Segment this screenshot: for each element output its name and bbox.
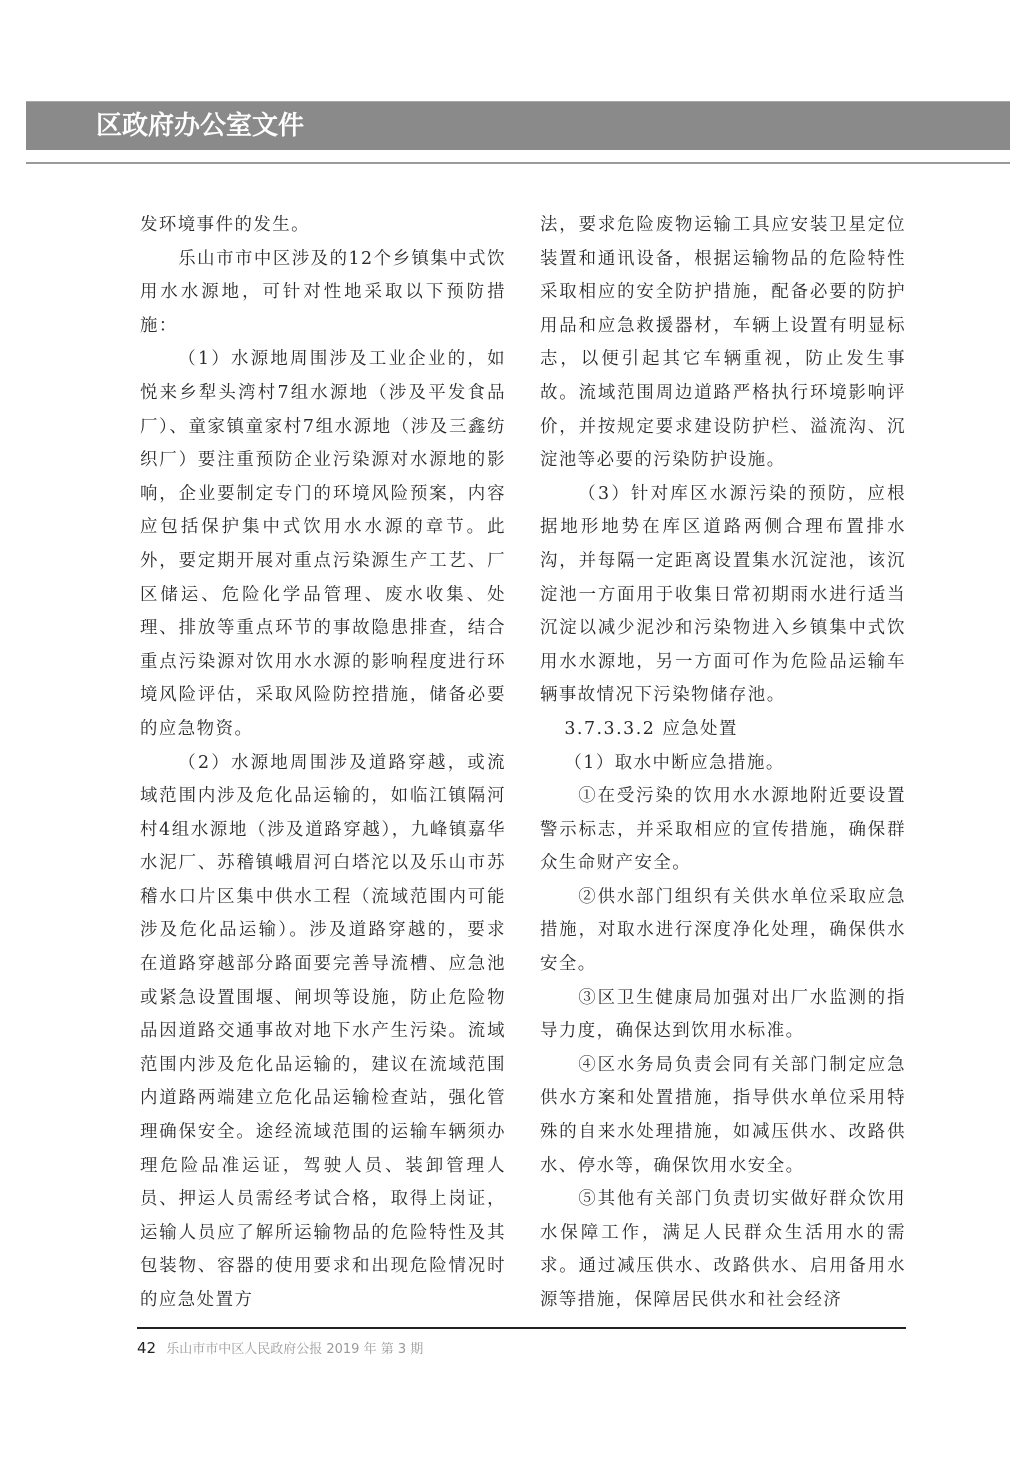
paragraph: ⑤其他有关部门负责切实做好群众饮用水保障工作，满足人民群众生活用水的需求。通过减… <box>540 1183 906 1317</box>
paragraph: 乐山市市中区涉及的12个乡镇集中式饮用水水源地，可针对性地采取以下预防措施： <box>140 243 506 344</box>
paragraph: （2）水源地周围涉及道路穿越，或流域范围内涉及危化品运输的，如临江镇隔河村4组水… <box>140 747 506 1318</box>
header-band: 区政府办公室文件 <box>26 101 1010 150</box>
footer-divider <box>137 1327 906 1329</box>
publication-info: 乐山市市中区人民政府公报 2019 年 第 3 期 <box>166 1342 423 1357</box>
paragraph: ②供水部门组织有关供水单位采取应急措施，对取水进行深度净化处理，确保供水安全。 <box>540 881 906 982</box>
left-column: 发环境事件的发生。 乐山市市中区涉及的12个乡镇集中式饮用水水源地，可针对性地采… <box>140 209 506 1318</box>
paragraph: ③区卫生健康局加强对出厂水监测的指导力度，确保达到饮用水标准。 <box>540 982 906 1049</box>
paragraph: 法，要求危险废物运输工具应安装卫星定位装置和通讯设备，根据运输物品的危险特性采取… <box>540 209 906 478</box>
page-number: 42 <box>137 1339 156 1357</box>
subsection-heading: （1）取水中断应急措施。 <box>540 747 906 781</box>
paragraph: （3）针对库区水源污染的预防，应根据地形地势在库区道路两侧合理布置排水沟，并每隔… <box>540 478 906 713</box>
paragraph: （1）水源地周围涉及工业企业的，如悦来乡犁头湾村7组水源地（涉及平发食品厂）、童… <box>140 343 506 746</box>
right-column: 法，要求危险废物运输工具应安装卫星定位装置和通讯设备，根据运输物品的危险特性采取… <box>540 209 906 1318</box>
header-divider <box>26 162 1010 164</box>
paragraph: ①在受污染的饮用水水源地附近要设置警示标志，并采取相应的宣传措施，确保群众生命财… <box>540 780 906 881</box>
paragraph: ④区水务局负责会同有关部门制定应急供水方案和处置措施，指导供水单位采用特殊的自来… <box>540 1049 906 1183</box>
page-footer: 42 乐山市市中区人民政府公报 2019 年 第 3 期 <box>137 1338 423 1360</box>
paragraph: 发环境事件的发生。 <box>140 209 506 243</box>
header-title: 区政府办公室文件 <box>96 109 304 143</box>
section-heading: 3.7.3.3.2 应急处置 <box>540 713 906 747</box>
